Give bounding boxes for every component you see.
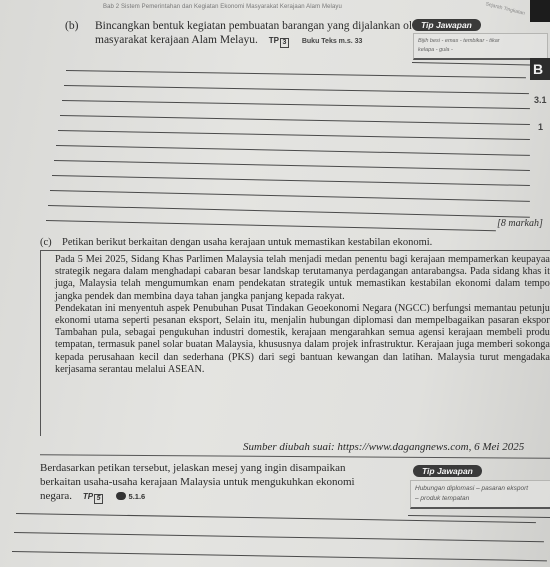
answer-line[interactable]	[46, 220, 496, 231]
tp-label-c: TP	[83, 492, 93, 501]
question-b-line2-text: masyarakat kerajaan Alam Melayu.	[95, 34, 258, 46]
answer-line[interactable]	[66, 70, 526, 78]
kbat-kit-icon	[116, 492, 126, 500]
question-b-label: (b)	[65, 20, 78, 32]
tp-level-box: 3	[280, 38, 289, 48]
answer-line[interactable]	[60, 115, 530, 125]
question-c-task-line3: negara. TP5 5.1.6	[40, 490, 145, 504]
tp-label: TP	[269, 36, 279, 45]
marks-label: [8 markah]	[497, 218, 543, 229]
question-c-label: (c)	[40, 237, 52, 248]
tip-jawapan-box-b: Bijih besi - emas - tembikar - tikar kel…	[413, 33, 548, 60]
question-b-line2: masyarakat kerajaan Alam Melayu. TP3 Buk…	[95, 34, 362, 48]
passage-source: Sumber diubah suai: https://www.dagangne…	[243, 441, 524, 453]
answer-line[interactable]	[14, 532, 544, 542]
passage-paragraph-1: Pada 5 Mei 2025, Sidang Khas Parlimen Ma…	[55, 254, 550, 303]
answer-line[interactable]	[62, 100, 530, 109]
tp-level-badge-c: TP5	[83, 492, 103, 501]
source-divider	[40, 454, 550, 459]
tp-level-badge: TP3	[269, 36, 289, 45]
question-c-task-line2: berkaitan usaha-usaha kerajaan Malaysia …	[40, 476, 355, 488]
kit-reference: 5.1.6	[129, 492, 146, 501]
answer-line[interactable]	[54, 160, 530, 171]
book-reference: Buku Teks m.s. 33	[302, 38, 363, 45]
answer-line[interactable]	[50, 190, 530, 202]
question-c-intro: Petikan berikut berkaitan dengan usaha k…	[62, 237, 432, 248]
side-item-number: 1	[538, 122, 543, 132]
tip-jawapan-box-c: Hubungan diplomasi – pasaran eksport – p…	[410, 480, 550, 509]
answer-line[interactable]	[12, 551, 547, 561]
page-edge-dark	[530, 0, 550, 22]
answer-line[interactable]	[64, 85, 529, 94]
tip-jawapan-pill-c: Tip Jawapan	[413, 465, 482, 477]
answer-line[interactable]	[16, 513, 536, 523]
passage-paragraph-2: Pendekatan ini menyentuh aspek Penubuhan…	[55, 303, 550, 376]
side-subtopic-number: 3.1	[534, 95, 547, 105]
tip-b-line1: Bijih besi - emas - tembikar - tikar	[418, 37, 543, 46]
running-header: Bab 2 Sistem Pemerintahan dan Kegiatan E…	[103, 4, 342, 10]
question-c-task-line3-text: negara.	[40, 490, 72, 502]
answer-line[interactable]	[412, 62, 530, 65]
tp-level-box-c: 5	[94, 494, 103, 504]
answer-line[interactable]	[408, 515, 550, 518]
answer-line[interactable]	[58, 130, 530, 140]
tip-b-line2: kelapa - gula -	[418, 46, 543, 55]
tip-c-line2: – produk tempatan	[415, 494, 550, 504]
tip-c-line1: Hubungan diplomasi – pasaran eksport	[415, 484, 550, 494]
chapter-side-tab: B	[530, 58, 550, 80]
corner-label: Sejarah Tingkatan	[485, 1, 526, 17]
answer-line[interactable]	[56, 145, 530, 156]
answer-line[interactable]	[48, 205, 530, 218]
question-b-line1: Bincangkan bentuk kegiatan pembuatan bar…	[95, 20, 423, 32]
question-c-task-line1: Berdasarkan petikan tersebut, jelaskan m…	[40, 462, 345, 474]
tip-jawapan-pill-b: Tip Jawapan	[412, 19, 481, 31]
answer-line[interactable]	[52, 175, 530, 186]
passage: Pada 5 Mei 2025, Sidang Khas Parlimen Ma…	[55, 254, 550, 376]
